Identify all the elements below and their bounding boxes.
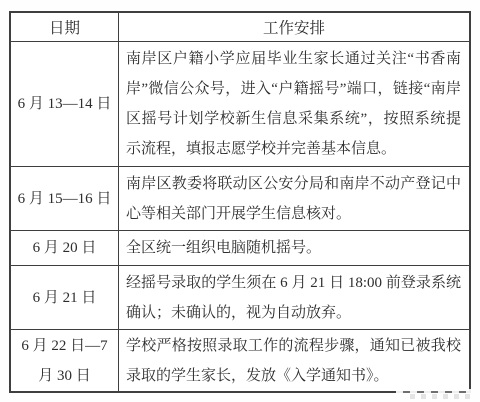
watermark — [410, 394, 472, 399]
table-row: 6 月 21 日 经摇号录取的学生须在 6 月 21 日 18:00 前登录系统… — [11, 265, 469, 329]
table-header-row: 日期 工作安排 — [11, 13, 469, 41]
schedule-table: 日期 工作安排 6 月 13—14 日 南岸区户籍小学应届毕业生家长通过关注“书… — [9, 11, 471, 393]
date-cell: 6 月 21 日 — [11, 266, 119, 329]
table-row: 6 月 20 日 全区统一组织电脑随机摇号。 — [11, 230, 469, 265]
task-cell: 南岸区户籍小学应届毕业生家长通过关注“书香南岸”微信公众号，进入“户籍摇号”端口… — [119, 42, 469, 166]
header-date: 日期 — [11, 13, 119, 41]
header-task: 工作安排 — [119, 13, 469, 41]
task-cell: 南岸区教委将联动区公安分局和南岸不动产登记中心等相关部门开展学生信息核对。 — [119, 167, 469, 230]
task-cell: 全区统一组织电脑随机摇号。 — [119, 231, 469, 265]
table-row: 6 月 15—16 日 南岸区教委将联动区公安分局和南岸不动产登记中心等相关部门… — [11, 166, 469, 230]
table-row: 6 月 13—14 日 南岸区户籍小学应届毕业生家长通过关注“书香南岸”微信公众… — [11, 41, 469, 166]
date-cell: 6 月 20 日 — [11, 231, 119, 265]
table-row: 6 月 22 日—7 月 30 日 学校严格按照录取工作的流程步骤，通知已被我校… — [11, 329, 469, 391]
date-cell: 6 月 15—16 日 — [11, 167, 119, 230]
task-cell: 学校严格按照录取工作的流程步骤，通知已被我校录取的学生家长，发放《入学通知书》。 — [119, 330, 469, 391]
date-cell: 6 月 13—14 日 — [11, 42, 119, 166]
task-cell: 经摇号录取的学生须在 6 月 21 日 18:00 前登录系统确认；未确认的，视… — [119, 266, 469, 329]
date-cell: 6 月 22 日—7 月 30 日 — [11, 330, 119, 391]
